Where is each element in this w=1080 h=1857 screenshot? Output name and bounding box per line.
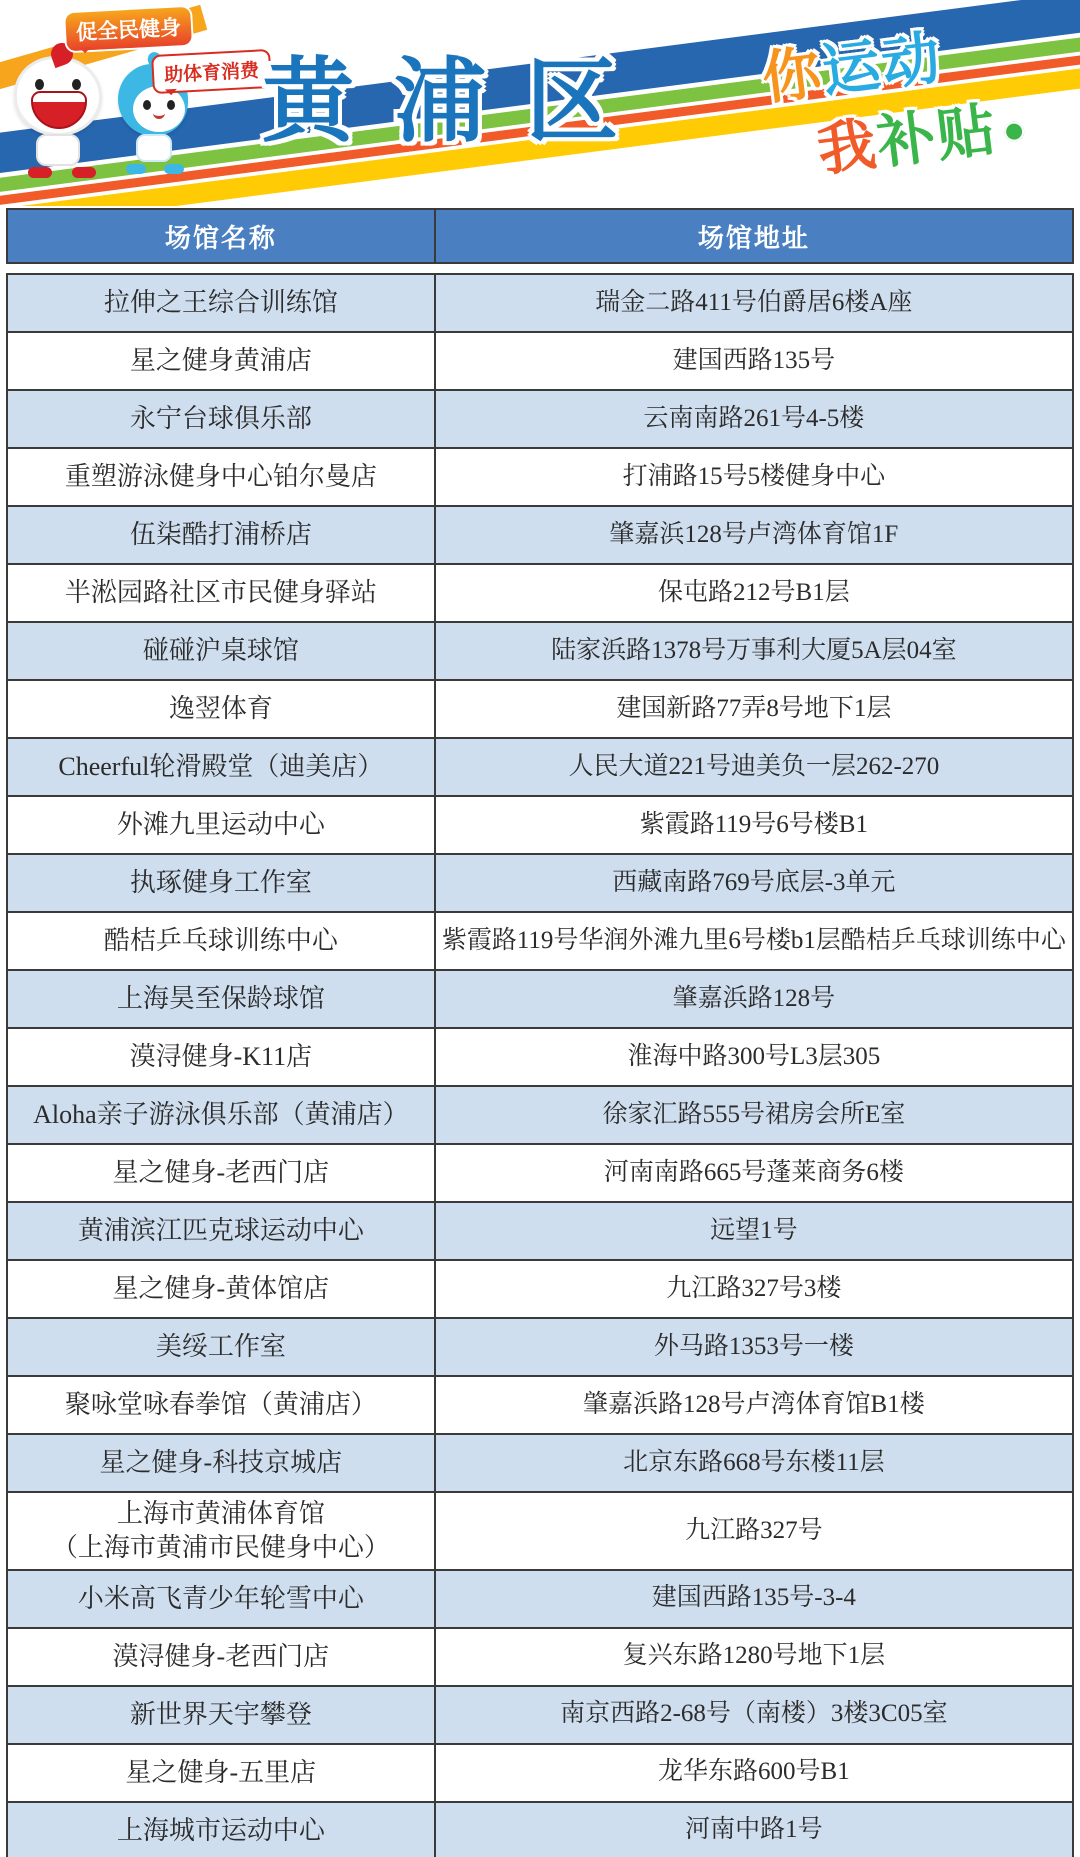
- venue-address-cell: 北京东路668号东楼11层: [436, 1435, 1072, 1491]
- slogan-char: 动: [878, 25, 945, 97]
- venue-address-cell: 复兴东路1280号地下1层: [436, 1629, 1072, 1685]
- venue-address-cell: 肇嘉浜路128号卢湾体育馆B1楼: [436, 1377, 1072, 1433]
- column-header-venue-name: 场馆名称: [8, 210, 436, 262]
- venue-address-cell: 徐家汇路555号裙房会所E室: [436, 1087, 1072, 1143]
- volleyball-icon: [1000, 117, 1029, 146]
- venue-address-cell: 人民大道221号迪美负一层262-270: [436, 739, 1072, 795]
- venue-table: 场馆名称 场馆地址 拉伸之王综合训练馆 瑞金二路411号伯爵居6楼A座 星之健身…: [6, 208, 1074, 1857]
- table-row: 上海市黄浦体育馆 （上海市黄浦市民健身中心） 九江路327号: [8, 1493, 1072, 1571]
- campaign-slogan: 你运动 我补贴: [757, 1, 1031, 193]
- table-row: 半淞园路社区市民健身驿站 保屯路212号B1层: [8, 565, 1072, 623]
- mascot-red-shoe: [28, 167, 52, 178]
- venue-address-cell: 外马路1353号一楼: [436, 1319, 1072, 1375]
- venue-address-cell: 西藏南路769号底层-3单元: [436, 855, 1072, 911]
- mascots: 促全民健身 助体育消费: [0, 0, 260, 206]
- venue-address-cell: 瑞金二路411号伯爵居6楼A座: [436, 275, 1072, 331]
- table-row: 伍柒酷打浦桥店 肇嘉浜128号卢湾体育馆1F: [8, 507, 1072, 565]
- mascot-red-mouth: [31, 91, 87, 129]
- mascot-red-shoe: [72, 167, 96, 178]
- banner: 促全民健身 助体育消费 黄浦区 你运动 我补贴: [0, 0, 1080, 206]
- mascot-red-eye: [35, 79, 44, 90]
- venue-name-cell: 拉伸之王综合训练馆: [8, 275, 436, 331]
- venue-name-cell: 永宁台球俱乐部: [8, 391, 436, 447]
- slogan-char: 你: [759, 40, 826, 112]
- venue-name-cell: 上海城市运动中心: [8, 1803, 436, 1857]
- table-row: 小米高飞青少年轮雪中心 建国西路135号-3-4: [8, 1571, 1072, 1629]
- venue-name-cell: 星之健身黄浦店: [8, 333, 436, 389]
- venue-name-cell: 伍柒酷打浦桥店: [8, 507, 436, 563]
- venue-address-cell: 建国新路77弄8号地下1层: [436, 681, 1072, 737]
- venue-name-cell: 聚咏堂咏春拳馆（黄浦店）: [8, 1377, 436, 1433]
- slogan-char: 运: [818, 32, 885, 104]
- table-row: 上海城市运动中心 河南中路1号: [8, 1803, 1072, 1857]
- table-row: 星之健身-科技京城店 北京东路668号东楼11层: [8, 1435, 1072, 1493]
- venue-name-cell: 半淞园路社区市民健身驿站: [8, 565, 436, 621]
- table-row: 执琢健身工作室 西藏南路769号底层-3单元: [8, 855, 1072, 913]
- mascot-blue-body: [136, 134, 172, 162]
- district-title: 黄浦区: [262, 28, 658, 160]
- venue-name-cell: 上海市黄浦体育馆 （上海市黄浦市民健身中心）: [8, 1493, 436, 1569]
- mascot-blue-eye: [143, 100, 151, 110]
- venue-address-cell: 河南中路1号: [436, 1803, 1072, 1857]
- venue-address-cell: 肇嘉浜路128号: [436, 971, 1072, 1027]
- mascot-blue-shoe: [126, 164, 146, 174]
- venue-address-cell: 紫霞路119号华润外滩九里6号楼b1层酷桔乒乓球训练中心: [436, 913, 1072, 969]
- slogan-char: 补: [874, 104, 941, 176]
- venue-name-cell: Cheerful轮滑殿堂（迪美店）: [8, 739, 436, 795]
- table-row: 永宁台球俱乐部 云南南路261号4-5楼: [8, 391, 1072, 449]
- venue-name-cell: 酷桔乒乓球训练中心: [8, 913, 436, 969]
- table-row: 酷桔乒乓球训练中心 紫霞路119号华润外滩九里6号楼b1层酷桔乒乓球训练中心: [8, 913, 1072, 971]
- table-row: Cheerful轮滑殿堂（迪美店） 人民大道221号迪美负一层262-270: [8, 739, 1072, 797]
- venue-address-cell: 紫霞路119号6号楼B1: [436, 797, 1072, 853]
- table-row: 漠浔健身-K11店 淮海中路300号L3层305: [8, 1029, 1072, 1087]
- mascot-red-teeth: [33, 93, 85, 102]
- header-body-gap: [6, 264, 1074, 273]
- table-row: 逸翌体育 建国新路77弄8号地下1层: [8, 681, 1072, 739]
- venue-name-cell: 漠浔健身-K11店: [8, 1029, 436, 1085]
- table-row: 星之健身黄浦店 建国西路135号: [8, 333, 1072, 391]
- venue-address-cell: 保屯路212号B1层: [436, 565, 1072, 621]
- table-row: 聚咏堂咏春拳馆（黄浦店） 肇嘉浜路128号卢湾体育馆B1楼: [8, 1377, 1072, 1435]
- venue-name-cell: 执琢健身工作室: [8, 855, 436, 911]
- venue-address-cell: 云南南路261号4-5楼: [436, 391, 1072, 447]
- table-row: 外滩九里运动中心 紫霞路119号6号楼B1: [8, 797, 1072, 855]
- venue-name-cell: 星之健身-科技京城店: [8, 1435, 436, 1491]
- venue-address-cell: 建国西路135号-3-4: [436, 1571, 1072, 1627]
- venue-name-cell: 小米高飞青少年轮雪中心: [8, 1571, 436, 1627]
- table-row: 美绥工作室 外马路1353号一楼: [8, 1319, 1072, 1377]
- speech-bubble-fitness: 促全民健身: [65, 7, 192, 51]
- venue-name-cell: 重塑游泳健身中心铂尔曼店: [8, 449, 436, 505]
- venue-address-cell: 九江路327号3楼: [436, 1261, 1072, 1317]
- mascot-red-body: [36, 134, 80, 166]
- mascot-red-head: [14, 56, 102, 136]
- venue-name-cell: 碰碰沪桌球馆: [8, 623, 436, 679]
- speech-bubble-consumption: 助体育消费: [151, 49, 272, 94]
- table-row: 黄浦滨江匹克球运动中心 远望1号: [8, 1203, 1072, 1261]
- venue-name-cell: 星之健身-五里店: [8, 1745, 436, 1801]
- table-row: 漠浔健身-老西门店 复兴东路1280号地下1层: [8, 1629, 1072, 1687]
- venue-address-cell: 淮海中路300号L3层305: [436, 1029, 1072, 1085]
- venue-address-cell: 陆家浜路1378号万事利大厦5A层04室: [436, 623, 1072, 679]
- table-row: 新世界天宇攀登 南京西路2-68号（南楼）3楼3C05室: [8, 1687, 1072, 1745]
- venue-address-cell: 九江路327号: [436, 1493, 1072, 1569]
- mascot-blue-mouth: [153, 112, 165, 119]
- slogan-char: 贴: [933, 97, 1000, 169]
- table-body: 拉伸之王综合训练馆 瑞金二路411号伯爵居6楼A座 星之健身黄浦店 建国西路13…: [6, 273, 1074, 1857]
- venue-name-cell: 美绥工作室: [8, 1319, 436, 1375]
- venue-address-cell: 南京西路2-68号（南楼）3楼3C05室: [436, 1687, 1072, 1743]
- table-row: 星之健身-黄体馆店 九江路327号3楼: [8, 1261, 1072, 1319]
- mascot-blue-eye: [167, 100, 175, 110]
- venue-address-cell: 远望1号: [436, 1203, 1072, 1259]
- table-row: 重塑游泳健身中心铂尔曼店 打浦路15号5楼健身中心: [8, 449, 1072, 507]
- venue-name-cell: 逸翌体育: [8, 681, 436, 737]
- venue-name-cell: 漠浔健身-老西门店: [8, 1629, 436, 1685]
- venue-address-cell: 龙华东路600号B1: [436, 1745, 1072, 1801]
- table-row: 上海昊至保龄球馆 肇嘉浜路128号: [8, 971, 1072, 1029]
- table-row: 星之健身-五里店 龙华东路600号B1: [8, 1745, 1072, 1803]
- venue-name-cell: 新世界天宇攀登: [8, 1687, 436, 1743]
- table-row: 拉伸之王综合训练馆 瑞金二路411号伯爵居6楼A座: [8, 275, 1072, 333]
- venue-name-cell: 黄浦滨江匹克球运动中心: [8, 1203, 436, 1259]
- mascot-red: [10, 48, 110, 178]
- table-row: 碰碰沪桌球馆 陆家浜路1378号万事利大厦5A层04室: [8, 623, 1072, 681]
- column-header-venue-address: 场馆地址: [436, 210, 1072, 262]
- venue-name-cell: 外滩九里运动中心: [8, 797, 436, 853]
- venue-address-cell: 建国西路135号: [436, 333, 1072, 389]
- mascot-red-eye: [72, 79, 81, 90]
- venue-address-cell: 打浦路15号5楼健身中心: [436, 449, 1072, 505]
- venue-address-cell: 河南南路665号蓬莱商务6楼: [436, 1145, 1072, 1201]
- venue-name-cell: 上海昊至保龄球馆: [8, 971, 436, 1027]
- table-header-row: 场馆名称 场馆地址: [6, 208, 1074, 264]
- venue-name-cell: Aloha亲子游泳俱乐部（黄浦店）: [8, 1087, 436, 1143]
- mascot-blue-shoe: [164, 164, 184, 174]
- table-row: Aloha亲子游泳俱乐部（黄浦店） 徐家汇路555号裙房会所E室: [8, 1087, 1072, 1145]
- venue-name-cell: 星之健身-老西门店: [8, 1145, 436, 1201]
- table-row: 星之健身-老西门店 河南南路665号蓬莱商务6楼: [8, 1145, 1072, 1203]
- slogan-char: 我: [814, 112, 881, 184]
- venue-address-cell: 肇嘉浜128号卢湾体育馆1F: [436, 507, 1072, 563]
- venue-name-cell: 星之健身-黄体馆店: [8, 1261, 436, 1317]
